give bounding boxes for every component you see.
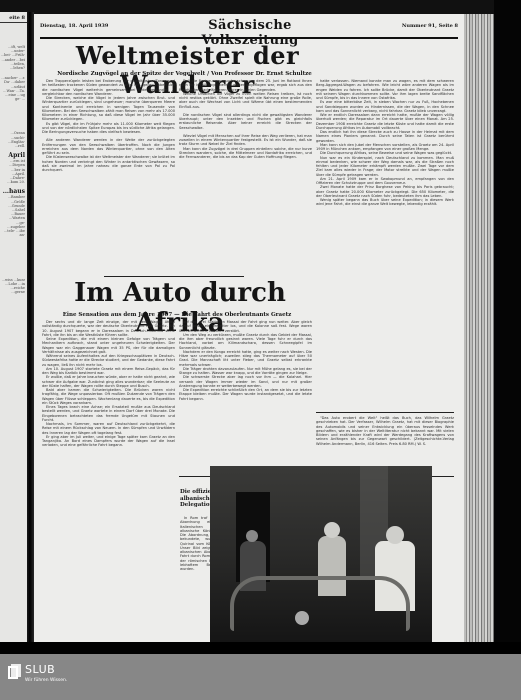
left-page-fragment: ...ift, welt ...unter- ...bei- ...Früh- … (0, 45, 27, 70)
paragraph: Er ging aber im Juli weiter, und einige … (42, 435, 175, 448)
paragraph: Bald aber kamen die Schwierigkeiten. Die… (42, 388, 175, 405)
paragraph: Es gibt Vögel, die im Frühjahr mehr als … (42, 122, 175, 135)
left-page-fragment: ...ern ist ...Diepen ...ber in ...April.… (0, 159, 27, 184)
slub-logo-icon[interactable] (8, 664, 22, 680)
left-page-fragment: ...Ozean ...sucht- ...Englän- ...rell. (0, 131, 27, 148)
book-gutter (27, 12, 34, 644)
paragraph: auf den drei Stationen Massai der Fahrt … (179, 320, 312, 333)
paragraph: Der sechs und dir lange Zeit einzige, de… (42, 320, 175, 337)
paragraph: Die Expedition erreichte schließlich den… (179, 388, 312, 401)
scan-bottom-edge (0, 642, 521, 654)
page-stack-edge (464, 14, 494, 642)
paragraph: Am 21. April 1909 kam er in Swakopmund a… (316, 177, 454, 186)
left-page-fragment: ...wiss ...kurz ...Lohe ...in ...reiche … (0, 278, 27, 295)
article-column-right: hatte verlassen. Niemand konnte man zu w… (316, 79, 454, 411)
left-page-fragment: ...nacher- ...r. Da- ...daher ...urläut … (0, 76, 27, 101)
article-column: Den Trapperzügeln leisten bei Eroberung … (42, 79, 175, 271)
paragraph: Die Küstenseeschwalbe ist der Weltmeiste… (42, 155, 175, 172)
paragraph: Nachdem er den Kongo erreicht hatte, gin… (179, 350, 312, 367)
adjacent-left-page: eite 8 ...ift, welt ...unter- ...bei- ..… (0, 12, 27, 642)
paragraph: Den Trapperzügeln leisten bei Eroberung … (42, 79, 175, 96)
paragraph: "Das Auto erobert die Welt" heißt das Bu… (316, 416, 454, 446)
paragraph: Seine Expedition, die mit einem kleinen … (42, 337, 175, 354)
masthead-rule (40, 37, 458, 39)
scan-background (494, 0, 521, 642)
article-subheadline: Nordische Zugvögel an der Spitze der Vog… (42, 71, 327, 77)
viewer-footer: SLUB Wir führen Wissen. (0, 654, 521, 700)
paragraph: Eines Tages brach eine Achse; ein Ersatz… (42, 405, 175, 422)
paragraph: Die Strecken, welche die Vögel in jedem … (42, 96, 175, 122)
left-page-heading: ...haus (0, 188, 27, 195)
paragraph: Man kann die Zugvögel in drei Gruppen ei… (179, 147, 312, 160)
section-divider (316, 412, 454, 413)
paragraph: Wie er endlich Daressalam dann erreicht … (316, 113, 454, 130)
paragraph: Wenig später begann das Buch über seine … (316, 198, 454, 207)
paragraph: Daß die Beringungsversuche schon vor dem… (179, 79, 312, 92)
news-photo (210, 466, 432, 642)
paragraph: Es war eine bitterböse Zeit, in sieben W… (316, 100, 454, 113)
paragraph: Die Träger drohten davonzulaufen. Nur mi… (179, 367, 312, 376)
issue-date: Dienstag, 18. April 1939 (40, 23, 108, 29)
viewer-top-bar (0, 0, 521, 14)
left-page-header: eite 8 (0, 12, 27, 23)
left-page-fragment: ...Bamber ...Größe ...Grunde ...Sahel ..… (0, 195, 27, 237)
section-divider (104, 276, 244, 277)
paragraph: Man kann sich den Jubel der Menschen vor… (316, 143, 454, 152)
paragraph: Nochmals, im Sommer, waren auf Deutschla… (42, 422, 175, 435)
left-page-heading: April (0, 152, 27, 159)
article-column: Daß die Beringungsversuche schon vor dem… (179, 79, 312, 271)
paragraph: Die nordischen Vögel sind allerdings nic… (179, 113, 312, 130)
paragraph: Während seines Aufenthaltes auf den Krie… (42, 354, 175, 367)
paragraph: Am 10. August 1907 startete Graetz mit e… (42, 367, 175, 376)
paragraph: hatte verlassen. Niemand konnte man zu w… (316, 79, 454, 100)
paragraph: Zwei Monate hatte der Prinz Borghese von… (316, 185, 454, 198)
masthead: Dienstag, 18. April 1939 Sächsische Volk… (40, 18, 458, 36)
slub-tagline: Wir führen Wissen. (25, 678, 67, 683)
article-column: Der sechs und dir lange Zeit einzige, de… (42, 320, 175, 650)
paragraph: Alle anderen Wanderer werden in der Weit… (42, 138, 175, 155)
paragraph: Welche Ursachen die Vögel zu ihren weite… (179, 92, 312, 109)
article-subheadline: Eine Sensation aus dem Jahre 1907 — Die … (40, 312, 314, 318)
paragraph: Er wußte, daß er Jahre brauchen würde, a… (42, 375, 175, 388)
paragraph: Die Durchquerung Afrikas, seine Beweise … (316, 151, 454, 155)
issue-page-number: Nummer 91, Seite 8 (402, 23, 458, 29)
paragraph: Um den Weg zu verkürzen, mußte Graetz du… (179, 333, 312, 350)
article-column: auf den drei Stationen Massai der Fahrt … (179, 320, 312, 472)
slub-logo-text[interactable]: SLUB (25, 663, 55, 676)
paragraph: Die schwerste Strecke aber lag noch vor … (179, 375, 312, 388)
paragraph: Nun war es ein Kinderspiel, nach Deutsch… (316, 156, 454, 177)
paragraph: Das endlich hat ihn diese Strecke auch z… (316, 130, 454, 143)
paragraph: Wieviel Vögel mit Menschen auf ihrer Rei… (179, 134, 312, 147)
